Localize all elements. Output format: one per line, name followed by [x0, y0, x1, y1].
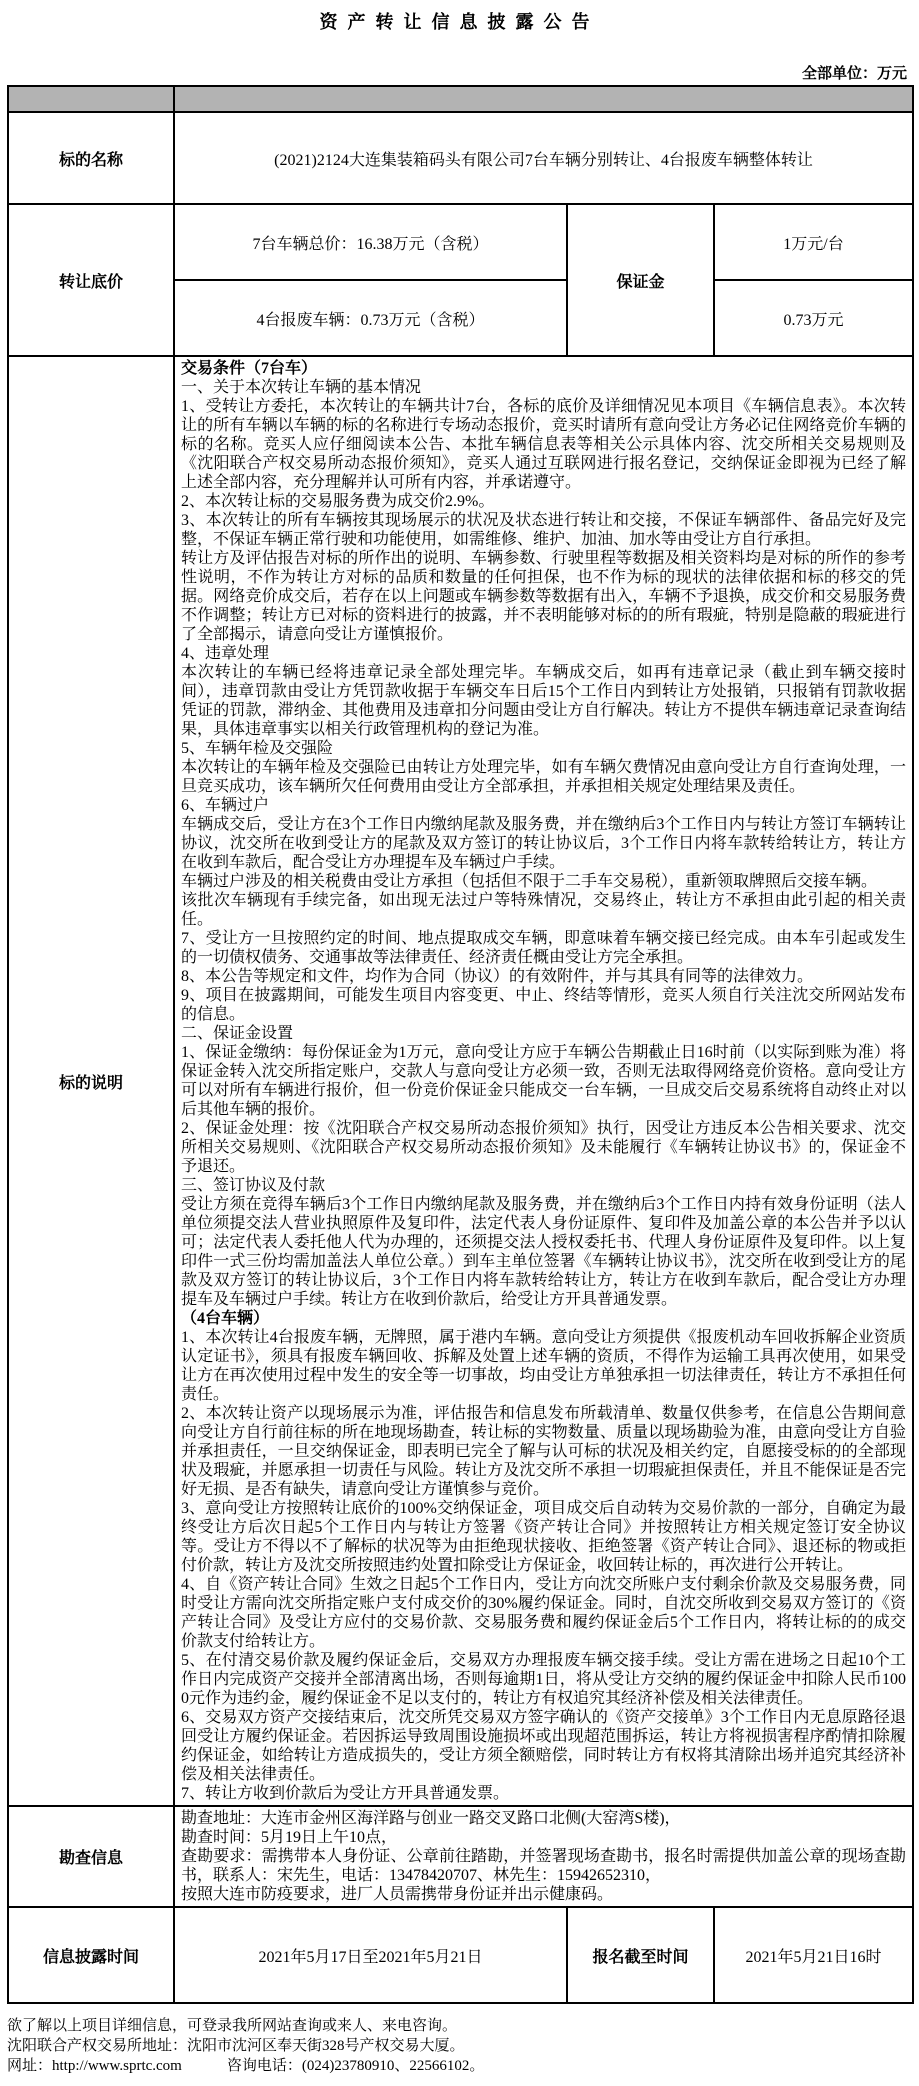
disclosure-time-label: 信息披露时间	[8, 1907, 174, 2003]
base-price-7-vehicles: 7台车辆总价：16.38万元（含税）	[174, 204, 567, 280]
description-paragraph: 三、签订协议及付款	[181, 1176, 906, 1195]
description-paragraph: 1、受转让方委托，本次转让的车辆共计7台，各标的底价及详细情况见本项目《车辆信息…	[181, 397, 906, 492]
description-paragraph: 1、本次转让4台报废车辆，无牌照，属于港内车辆。意向受让方须提供《报废机动车回收…	[181, 1328, 906, 1404]
footer-line: 欲了解以上项目详细信息，可登录我所网站查询或来人、来电咨询。	[7, 2016, 919, 2036]
description-paragraph: 5、车辆年检及交强险	[181, 739, 906, 758]
description-paragraph: 8、本公告等规定和文件，均作为合同（协议）的有效附件，并与其具有同等的法律效力。	[181, 967, 906, 986]
description-paragraph: 车辆过户涉及的相关税费由受让方承担（包括但不限于二手车交易税），重新领取牌照后交…	[181, 872, 906, 891]
survey-line: 按照大连市防疫要求，进厂人员需携带身份证并出示健康码。	[181, 1885, 906, 1904]
deposit-7-vehicles: 1万元/台	[714, 204, 913, 280]
description-label: 标的说明	[8, 356, 174, 1806]
description-paragraph: 该批次车辆现有手续完备，如出现无法过户等特殊情况，交易终止，转让方不承担由此引起…	[181, 891, 906, 929]
description-paragraph: 车辆成交后，受让方在3个工作日内缴纳尾款及服务费，并在缴纳后3个工作日内与转让方…	[181, 815, 906, 872]
description-paragraph: 2、保证金处理：按《沈阳联合产权交易所动态报价须知》执行，因受让方违反本公告相关…	[181, 1119, 906, 1176]
subject-name-value: (2021)2124大连集装箱码头有限公司7台车辆分别转让、4台报废车辆整体转让	[174, 112, 913, 204]
footer: 欲了解以上项目详细信息，可登录我所网站查询或来人、来电咨询。沈阳联合产权交易所地…	[7, 2016, 919, 2076]
description-paragraph: 3、意向受让方按照转让底价的100%交纳保证金，项目成交后自动转为交易价款的一部…	[181, 1499, 906, 1575]
description-paragraph: 3、本次转让的所有车辆按其现场展示的状况及状态进行转让和交接，不保证车辆部件、备…	[181, 511, 906, 549]
description-paragraph: 本次转让的车辆年检及交强险已由转让方处理完毕，如有车辆欠费情况由意向受让方自行查…	[181, 758, 906, 796]
table-header-cell	[8, 86, 174, 112]
description-paragraph: 6、交易双方资产交接结束后，沈交所凭交易双方签字确认的《资产交接单》3个工作日内…	[181, 1708, 906, 1784]
description-paragraph: 2、本次转让资产以现场展示为准，评估报告和信息发布所载清单、数量仅供参考，在信息…	[181, 1404, 906, 1499]
unit-note: 全部单位：万元	[0, 62, 907, 83]
disclosure-time-value: 2021年5月17日至2021年5月21日	[174, 1907, 567, 2003]
footer-line: 沈阳联合产权交易所地址：沈阳市沈河区奉天街328号产权交易大厦。	[7, 2036, 919, 2056]
description-paragraph: 7、转让方收到价款后为受让方开具普通发票。	[181, 1784, 906, 1803]
description-paragraph: 6、车辆过户	[181, 796, 906, 815]
survey-row: 勘查信息 勘查地址：大连市金州区海洋路与创业一路交叉路口北侧(大窑湾S楼)，勘查…	[8, 1806, 913, 1907]
survey-line: 勘查时间：5月19日上午10点，	[181, 1828, 906, 1847]
description-paragraph: （4台车辆）	[181, 1309, 906, 1328]
description-paragraph: 受让方须在竞得车辆后3个工作日内缴纳尾款及服务费，并在缴纳后3个工作日内持有效身…	[181, 1195, 906, 1309]
description-paragraph: 4、违章处理	[181, 644, 906, 663]
table-header-row	[8, 86, 913, 112]
deadline-label: 报名截至时间	[567, 1907, 714, 2003]
page-title: 资产转让信息披露公告	[0, 8, 919, 34]
base-price-label: 转让底价	[8, 204, 174, 356]
deposit-4-scrap: 0.73万元	[714, 280, 913, 356]
footer-line: 网址：http://www.sprtc.com 咨询电话：(024)237809…	[7, 2056, 919, 2076]
description-paragraph: 7、受让方一旦按照约定的时间、地点提取成交车辆，即意味着车辆交接已经完成。由本车…	[181, 929, 906, 967]
disclosure-table: 标的名称 (2021)2124大连集装箱码头有限公司7台车辆分别转让、4台报废车…	[7, 85, 914, 2004]
description-paragraph: 二、保证金设置	[181, 1024, 906, 1043]
description-paragraph: 9、项目在披露期间，可能发生项目内容变更、中止、终结等情形，竞买人须自行关注沈交…	[181, 986, 906, 1024]
subject-name-label: 标的名称	[8, 112, 174, 204]
deposit-label: 保证金	[567, 204, 714, 356]
base-price-row-1: 转让底价 7台车辆总价：16.38万元（含税） 保证金 1万元/台	[8, 204, 913, 280]
survey-label: 勘查信息	[8, 1806, 174, 1907]
description-paragraph: 1、保证金缴纳：每份保证金为1万元，意向受让方应于车辆公告期截止日16时前（以实…	[181, 1043, 906, 1119]
description-row: 标的说明 交易条件（7台车）一、关于本次转让车辆的基本情况1、受转让方委托，本次…	[8, 356, 913, 1806]
survey-cell: 勘查地址：大连市金州区海洋路与创业一路交叉路口北侧(大窑湾S楼)，勘查时间：5月…	[174, 1806, 913, 1907]
disclosure-time-row: 信息披露时间 2021年5月17日至2021年5月21日 报名截至时间 2021…	[8, 1907, 913, 2003]
description-paragraph: 5、在付清交易价款及履约保证金后，交易双方办理报废车辆交接手续。受让方需在进场之…	[181, 1651, 906, 1708]
table-header-cell	[174, 86, 913, 112]
description-paragraph: 一、关于本次转让车辆的基本情况	[181, 378, 906, 397]
subject-name-row: 标的名称 (2021)2124大连集装箱码头有限公司7台车辆分别转让、4台报废车…	[8, 112, 913, 204]
description-paragraph: 本次转让的车辆已经将违章记录全部处理完毕。车辆成交后，如再有违章记录（截止到车辆…	[181, 663, 906, 739]
survey-line: 查勘要求：需携带本人身份证、公章前往踏勘，并签署现场查勘书，报名时需提供加盖公章…	[181, 1847, 906, 1885]
description-cell: 交易条件（7台车）一、关于本次转让车辆的基本情况1、受转让方委托，本次转让的车辆…	[174, 356, 913, 1806]
description-paragraph: 4、自《资产转让合同》生效之日起5个工作日内，受让方向沈交所账户支付剩余价款及交…	[181, 1575, 906, 1651]
description-paragraph: 2、本次转让标的交易服务费为成交价2.9%。	[181, 492, 906, 511]
description-paragraph: 转让方及评估报告对标的所作出的说明、车辆参数、行驶里程等数据及相关资料均是对标的…	[181, 549, 906, 644]
description-paragraph: 交易条件（7台车）	[181, 359, 906, 378]
announcement-page: 资产转让信息披露公告 全部单位：万元 标的名称 (2021)2124大连集装箱码…	[0, 8, 919, 2076]
base-price-4-scrap: 4台报废车辆：0.73万元（含税）	[174, 280, 567, 356]
deadline-value: 2021年5月21日16时	[714, 1907, 913, 2003]
survey-line: 勘查地址：大连市金州区海洋路与创业一路交叉路口北侧(大窑湾S楼)，	[181, 1809, 906, 1828]
